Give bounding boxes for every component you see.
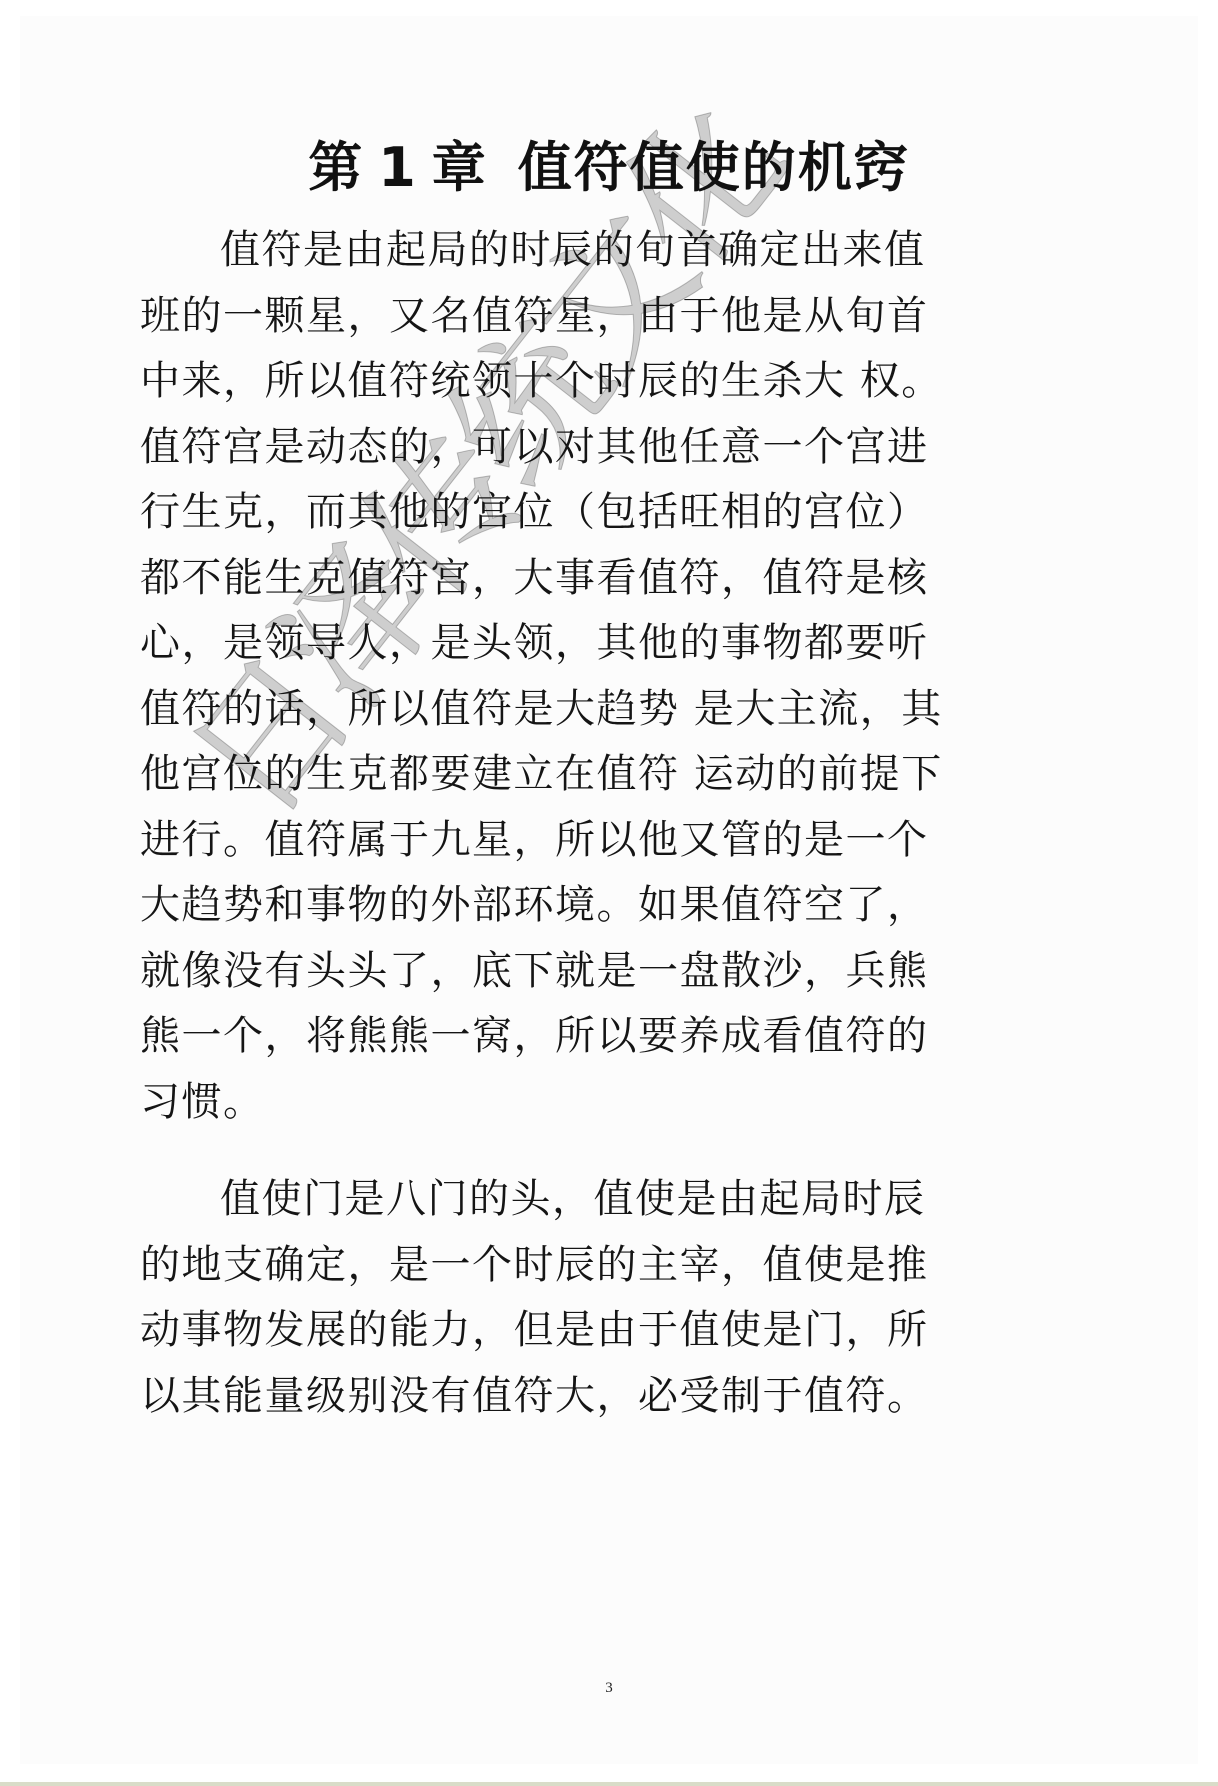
- text-line: 值使门是八门的头，值使是由起局时辰: [140, 1167, 920, 1233]
- text-line: 的地支确定，是一个时辰的主宰，值使是推: [140, 1233, 920, 1299]
- chapter-number: 1: [378, 136, 418, 199]
- text-line: 心，是领导人，是头领，其他的事物都要听: [140, 611, 920, 677]
- text-line: 大趋势和事物的外部环境。如果值符空了，: [140, 873, 920, 939]
- text-line: 都不能生克值符宫，大事看值符，值符是核: [140, 546, 920, 612]
- scan-edge: [0, 1782, 1218, 1786]
- text-line: 他宫位的生克都要建立在值符 运动的前提下: [140, 742, 920, 808]
- text-line: 中来，所以值符统领十个时辰的生杀大 权。: [140, 349, 920, 415]
- paragraph-2: 值使门是八门的头，值使是由起局时辰 的地支确定，是一个时辰的主宰，值使是推 动事…: [140, 1167, 920, 1429]
- chapter-name: 值符值使的机窍: [518, 136, 910, 199]
- text-line: 进行。值符属于九星，所以他又管的是一个: [140, 808, 920, 874]
- chapter-title: 第1章值符值使的机窍: [0, 138, 1218, 198]
- text-line: 习惯。: [140, 1070, 920, 1136]
- text-line: 就像没有头头了，底下就是一盘散沙，兵熊: [140, 939, 920, 1005]
- text-line: 动事物发展的能力，但是由于值使是门，所: [140, 1298, 920, 1364]
- body-text: 值符是由起局的时辰的旬首确定出来值 班的一颗星，又名值符星，由于他是从旬首 中来…: [140, 218, 920, 1429]
- paragraph-1: 值符是由起局的时辰的旬首确定出来值 班的一颗星，又名值符星，由于他是从旬首 中来…: [140, 218, 920, 1135]
- text-line: 班的一颗星，又名值符星，由于他是从旬首: [140, 284, 920, 350]
- text-line: 以其能量级别没有值符大，必受制于值符。: [140, 1364, 920, 1430]
- chapter-suffix: 章: [432, 136, 488, 199]
- text-line: 值符是由起局的时辰的旬首确定出来值: [140, 218, 920, 284]
- text-line: 熊一个，将熊熊一窝，所以要养成看值符的: [140, 1004, 920, 1070]
- text-line: 行生克，而其他的宫位（包括旺相的宫位）: [140, 480, 920, 546]
- text-line: 值符宫是动态的，可以对其他任意一个宫进: [140, 415, 920, 481]
- chapter-prefix: 第: [308, 136, 364, 199]
- text-line: 值符的话，所以值符是大趋势 是大主流，其: [140, 677, 920, 743]
- page-number: 3: [0, 1680, 1218, 1697]
